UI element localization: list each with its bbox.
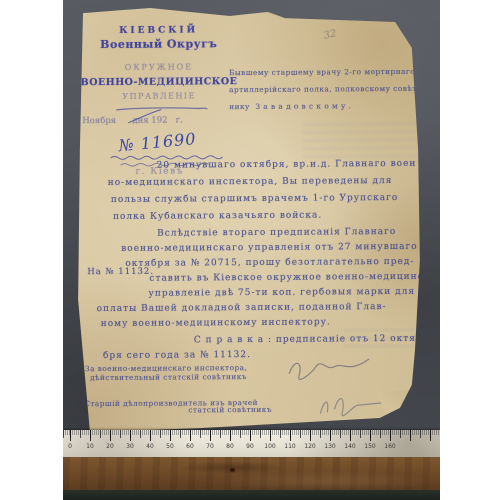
- body-line: управленіе двѣ 75-ти коп. гербовыя марки…: [148, 287, 415, 299]
- signature2-title-line: статскій совѣтникъ: [188, 405, 272, 415]
- signature-scrawl-2: [314, 385, 426, 422]
- body-line: Вслѣдствіе втораго предписанія Главнаго: [157, 227, 396, 239]
- ruler-label: 150: [364, 443, 375, 450]
- ruler-label: 40: [146, 443, 154, 450]
- body-line: ному военно-медицинскому инспектору.: [101, 317, 331, 329]
- stamp-office-line1: ОКРУЖНОЕ: [84, 62, 234, 72]
- ruler-label: 160: [384, 443, 395, 450]
- document-content: КІЕВСКІЙ Военный Округъ ОКРУЖНОЕ ВОЕННО-…: [74, 7, 425, 433]
- handwritten-date-stroke: [124, 109, 164, 125]
- ruler-label: 30: [126, 443, 134, 450]
- document-number-handwritten: № 11690: [118, 129, 198, 155]
- body-line: ставить въ Кіевское окружное военно-меди…: [149, 272, 440, 284]
- ruler-label: 110: [284, 443, 295, 450]
- wood-surface: [63, 457, 440, 492]
- torn-edge-smudge: [306, 12, 316, 16]
- stamp-district-line2: Военный Округъ: [84, 37, 234, 51]
- table-shadow-strip: [63, 490, 440, 500]
- addressee-line: нику З а в а д о в с к о м у .: [229, 101, 351, 111]
- body-line: пользы службы старшимъ врачемъ 1-го Уруп…: [111, 193, 398, 205]
- ruler-label: 80: [226, 443, 234, 450]
- body-line: военно-медицинскаго управленія отъ 27 ми…: [121, 242, 417, 254]
- ruler-label: 60: [186, 443, 194, 450]
- ruler-label: 140: [344, 443, 355, 450]
- body-line: полка Кубанскаго казачьяго войска.: [113, 210, 322, 221]
- spravka-line: бря сего года за № 11132.: [103, 350, 251, 361]
- body-line: 20 минувшаго октября, вр.и.д. Главнаго в…: [157, 159, 417, 171]
- document-paper: КІЕВСКІЙ Военный Округъ ОКРУЖНОЕ ВОЕННО-…: [75, 8, 423, 432]
- signature-scrawl-1: [281, 349, 376, 382]
- ruler-label: 70: [206, 443, 214, 450]
- addressee-line: артиллерійскаго полка, полковскому совѣт: [229, 84, 417, 94]
- ink-offset-ghost: [302, 119, 417, 164]
- stamp-district-line1: КІЕВСКІЙ: [84, 25, 234, 36]
- ruler-label: 50: [166, 443, 174, 450]
- date-line: Ноября дня 192 г.: [82, 115, 252, 126]
- body-line: оплаты Вашей докладной записки, поданной…: [97, 302, 387, 314]
- stamp-office-line2: ВОЕННО-МЕДИЦИНСКОЕ: [76, 76, 242, 88]
- torn-edge-smudge: [267, 8, 289, 13]
- wood-knot-spot: [230, 468, 235, 472]
- ruler-label: 10: [86, 443, 94, 450]
- ruler-label: 90: [246, 443, 254, 450]
- ruler: 0 10 20 30 40 50 60 70 80 90 100 110 120…: [63, 430, 440, 457]
- body-line: но-медицинскаго инспектора, Вы переведен…: [108, 176, 393, 188]
- screenshot: КІЕВСКІЙ Военный Округъ ОКРУЖНОЕ ВОЕННО-…: [0, 0, 500, 500]
- ruler-label: 130: [324, 443, 335, 450]
- ruler-label: 20: [106, 443, 114, 450]
- signature1-title-line: дѣйствительный статскій совѣтникъ: [90, 372, 247, 382]
- ruler-cm-ticks: [63, 430, 440, 441]
- photo-background: КІЕВСКІЙ Военный Округъ ОКРУЖНОЕ ВОЕННО-…: [63, 0, 440, 500]
- pencil-note: 32: [323, 28, 338, 41]
- ruler-label: 120: [304, 443, 315, 450]
- spravka-line: С п р а в к а : предписаніе отъ 12 октя-: [194, 334, 420, 346]
- stamp-office-line3: УПРАВЛЕНІЕ: [84, 91, 234, 101]
- addressee-line: Бывшему старшему врачу 2-го мортирнаго: [229, 67, 415, 77]
- ruler-label: 0: [68, 443, 72, 450]
- body-line: октября за № 20715, прошу безотлагательн…: [125, 257, 414, 269]
- ruler-label: 100: [264, 443, 275, 450]
